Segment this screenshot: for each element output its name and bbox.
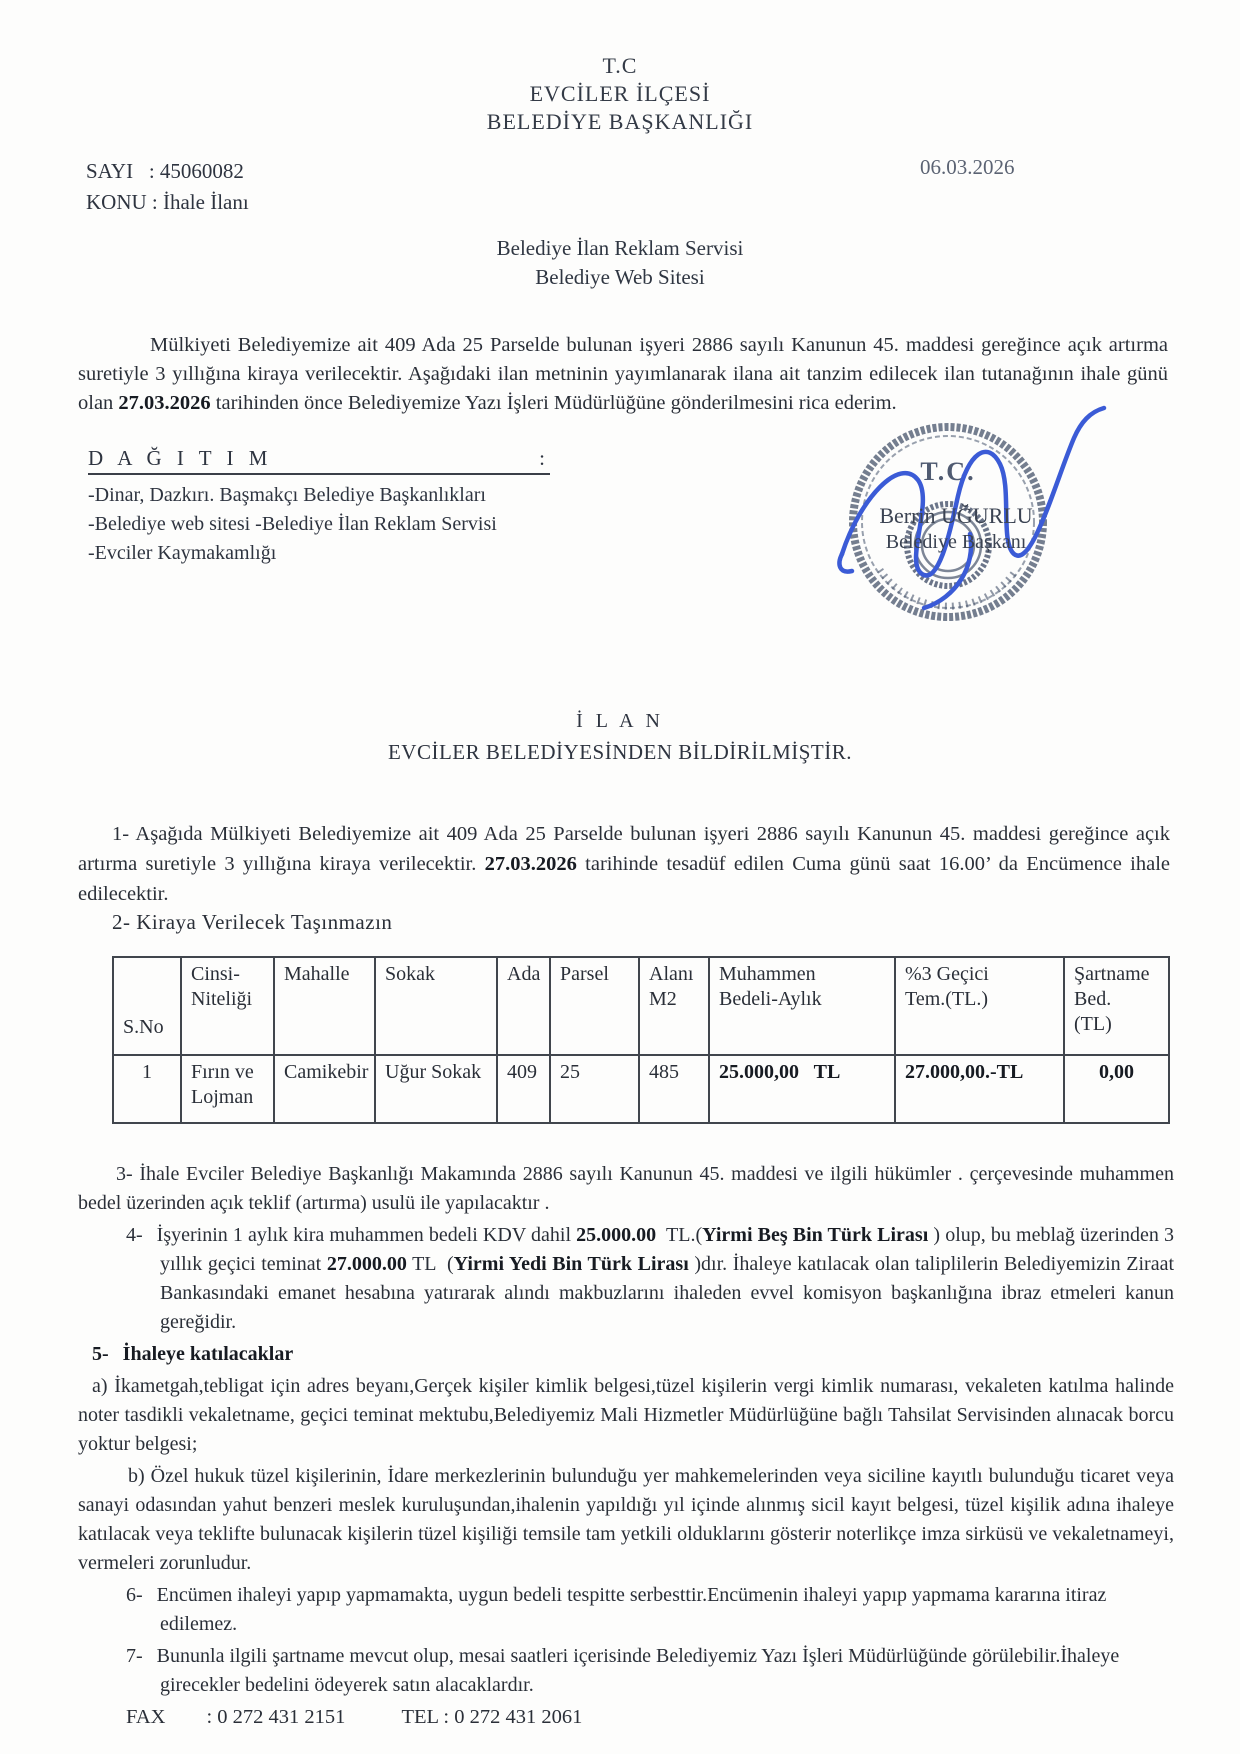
col-cinsi: Cinsi- Niteliği — [181, 957, 274, 1055]
item5-title: İhaleye katılacaklar — [123, 1343, 294, 1365]
col-sno: S.No — [113, 957, 181, 1055]
item4-text: TL ( — [407, 1253, 454, 1275]
signer-block: Berrin UĞURLU Belediye Başkanı — [856, 502, 1056, 556]
item4-amount-bold: 25.000.00 — [576, 1224, 656, 1246]
ilan-subtitle: EVCİLER BELEDİYESİNDEN BİLDİRİLMİŞTİR. — [0, 740, 1240, 765]
signer-title: Belediye Başkanı — [856, 529, 1056, 556]
item-6: 6-Encümen ihaleyi yapıp yapmamakta, uygu… — [78, 1581, 1174, 1639]
item4-deposit-words-bold: Yirmi Yedi Bin Türk Lirası — [454, 1253, 689, 1275]
distribution-title: D A Ğ I T I M — [88, 446, 272, 471]
item-4: 4-İşyerinin 1 aylık kira muhammen bedeli… — [78, 1221, 1174, 1337]
cell-parsel: 25 — [550, 1055, 639, 1123]
item5-number: 5- — [92, 1343, 109, 1365]
service-line-2: Belediye Web Sitesi — [0, 263, 1240, 292]
cell-cinsi: Fırın ve Lojman — [181, 1055, 274, 1123]
col-gecici: %3 Geçici Tem.(TL.) — [895, 957, 1064, 1055]
letterhead-tc: T.C — [0, 52, 1240, 80]
cell-sokak: Uğur Sokak — [375, 1055, 497, 1123]
item-3: 3- İhale Evciler Belediye Başkanlığı Mak… — [78, 1160, 1174, 1218]
table-row: 1 Fırın ve Lojman Camikebir Uğur Sokak 4… — [113, 1055, 1169, 1123]
signer-name: Berrin UĞURLU — [856, 502, 1056, 529]
item6-number: 6- — [126, 1584, 143, 1606]
service-lines: Belediye İlan Reklam Servisi Belediye We… — [0, 234, 1240, 292]
distribution-colon: : — [539, 446, 550, 471]
item1-date-bold: 27.03.2026 — [485, 853, 577, 875]
col-mahalle: Mahalle — [274, 957, 375, 1055]
cell-ada: 409 — [497, 1055, 550, 1123]
cell-mahalle: Camikebir — [274, 1055, 375, 1123]
conditions-section: 3- İhale Evciler Belediye Başkanlığı Mak… — [78, 1160, 1174, 1735]
cell-sno: 1 — [113, 1055, 181, 1123]
item-2: 2- Kiraya Verilecek Taşınmazın — [112, 910, 392, 935]
cell-alani: 485 — [639, 1055, 709, 1123]
ilan-title: İ L A N — [0, 710, 1240, 733]
item-1: 1- Aşağıda Mülkiyeti Belediyemize ait 40… — [78, 819, 1170, 909]
letterhead-district: EVCİLER İLÇESİ — [0, 80, 1240, 108]
sayi-line: SAYI : 45060082 — [86, 156, 249, 187]
distribution-item: -Dinar, Dazkırı. Başmakçı Belediye Başka… — [88, 481, 558, 510]
intro-text-2: tarihinden önce Belediyemize Yazı İşleri… — [211, 392, 897, 414]
col-alani: Alanı M2 — [639, 957, 709, 1055]
stamp-and-signature: T.C. Berrin UĞURLU Belediye Başkanı — [828, 402, 1118, 642]
letterhead-office: BELEDİYE BAŞKANLIĞI — [0, 108, 1240, 136]
item7-number: 7- — [126, 1645, 143, 1667]
item4-amount-words-bold: Yirmi Beş Bin Türk Lirası — [702, 1224, 928, 1246]
col-ada: Ada — [497, 957, 550, 1055]
item4-text: İşyerinin 1 aylık kira muhammen bedeli K… — [157, 1224, 576, 1246]
intro-date-bold: 27.03.2026 — [118, 392, 210, 414]
item6-text: Encümen ihaleyi yapıp yapmamakta, uygun … — [157, 1584, 1107, 1635]
item4-text: TL.( — [656, 1224, 702, 1246]
col-muhammen: Muhammen Bedeli-Aylık — [709, 957, 895, 1055]
col-sartname: Şartname Bed. (TL) — [1064, 957, 1169, 1055]
service-line-1: Belediye İlan Reklam Servisi — [0, 234, 1240, 263]
item-5a: a) İkametgah,tebligat için adres beyanı,… — [78, 1372, 1174, 1459]
property-table-wrap: S.No Cinsi- Niteliği Mahalle Sokak Ada P… — [112, 956, 1170, 1124]
item-7: 7-Bununla ilgili şartname mevcut olup, m… — [78, 1642, 1174, 1700]
item-5b: b) Özel hukuk tüzel kişilerinin, İdare m… — [78, 1462, 1174, 1578]
col-sokak: Sokak — [375, 957, 497, 1055]
property-table: S.No Cinsi- Niteliği Mahalle Sokak Ada P… — [112, 956, 1170, 1124]
col-parsel: Parsel — [550, 957, 639, 1055]
konu-line: KONU : İhale İlanı — [86, 187, 249, 218]
table-header-row: S.No Cinsi- Niteliği Mahalle Sokak Ada P… — [113, 957, 1169, 1055]
distribution-item: -Belediye web sitesi -Belediye İlan Rekl… — [88, 510, 558, 539]
item4-deposit-bold: 27.000.00 — [327, 1253, 407, 1275]
fax-tel-line: FAX : 0 272 431 2151 TEL : 0 272 431 206… — [78, 1703, 1174, 1732]
distribution-list: -Dinar, Dazkırı. Başmakçı Belediye Başka… — [88, 481, 558, 568]
distribution-section: D A Ğ I T I M : -Dinar, Dazkırı. Başmakç… — [88, 446, 558, 568]
item7-text: Bununla ilgili şartname mevcut olup, mes… — [157, 1645, 1120, 1696]
cell-muhammen: 25.000,00 TL — [709, 1055, 895, 1123]
item4-number: 4- — [126, 1224, 143, 1246]
cell-sartname: 0,00 — [1064, 1055, 1169, 1123]
distribution-item: -Evciler Kaymakamlığı — [88, 539, 558, 568]
distribution-heading: D A Ğ I T I M : — [88, 446, 550, 475]
letterhead: T.C EVCİLER İLÇESİ BELEDİYE BAŞKANLIĞI — [0, 52, 1240, 136]
cell-gecici: 27.000,00.-TL — [895, 1055, 1064, 1123]
reference-block: SAYI : 45060082 KONU : İhale İlanı — [86, 156, 249, 218]
item-5-heading: 5-İhaleye katılacaklar — [78, 1340, 1174, 1369]
document-date: 06.03.2026 — [920, 155, 1015, 180]
document-page: T.C EVCİLER İLÇESİ BELEDİYE BAŞKANLIĞI S… — [0, 0, 1240, 1754]
